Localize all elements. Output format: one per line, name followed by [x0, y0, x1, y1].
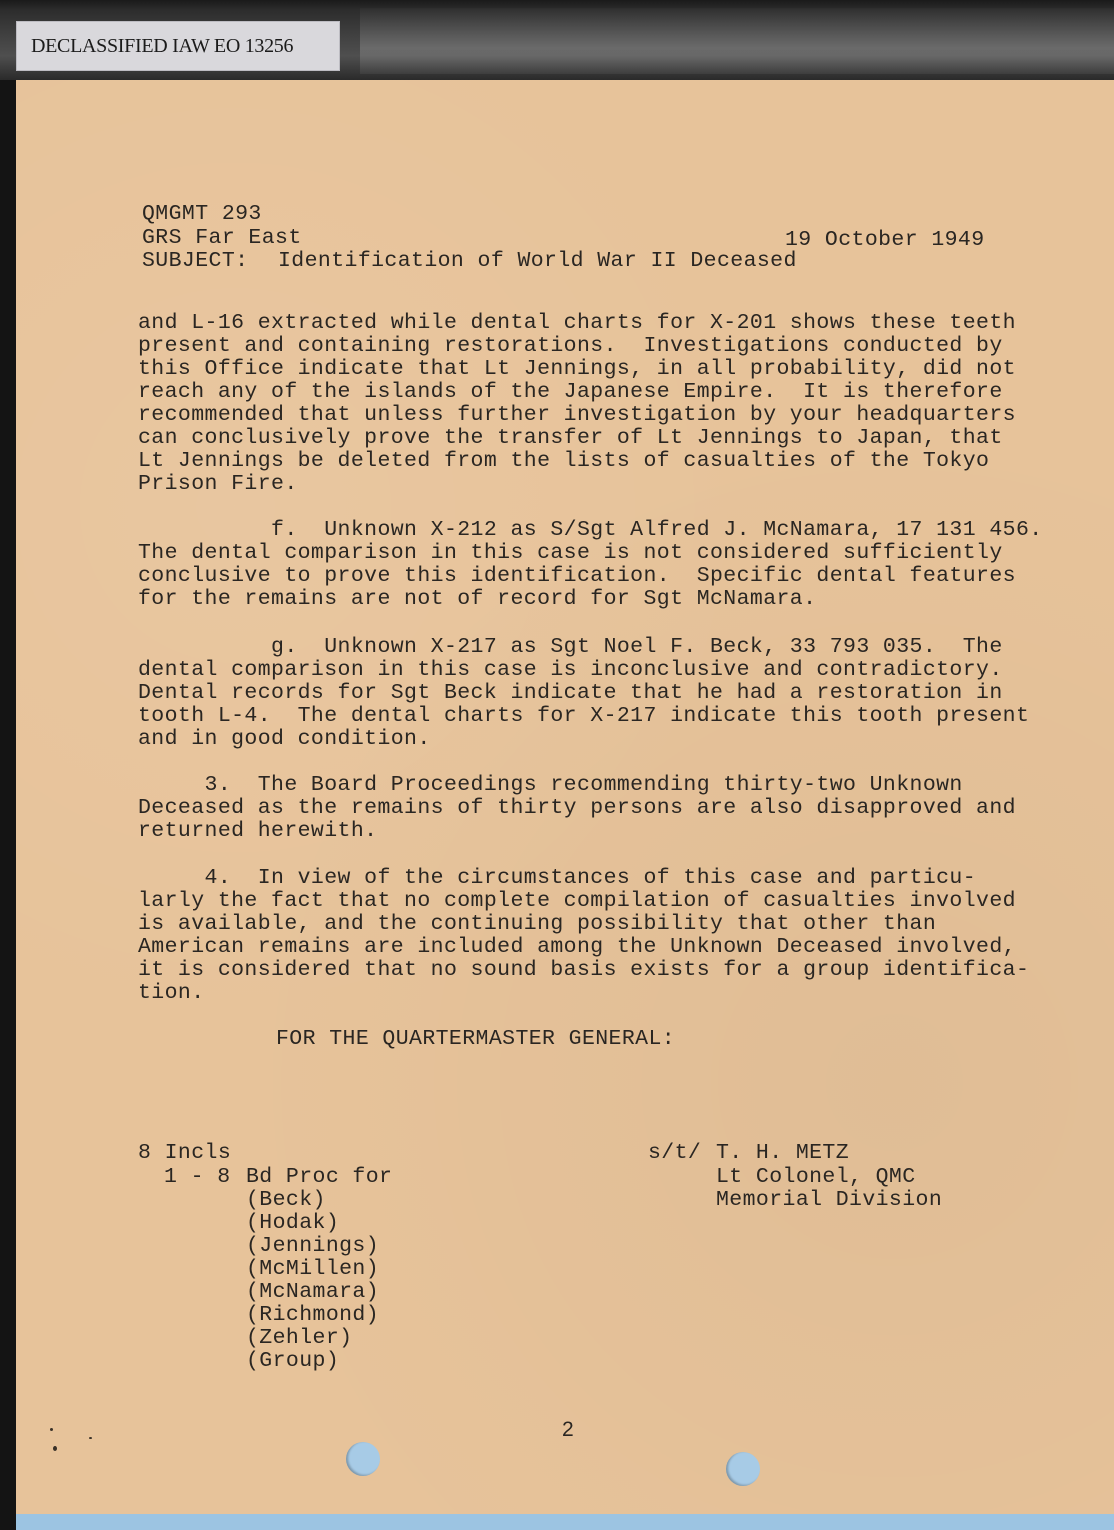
text-line: tion. — [138, 982, 205, 1005]
enclosure-item: (McMillen) — [246, 1258, 379, 1281]
punch-hole-right — [726, 1452, 760, 1486]
text-line: is available, and the continuing possibi… — [138, 913, 936, 936]
enclosure-item: (McNamara) — [246, 1281, 379, 1304]
document-date: 19 October 1949 — [785, 229, 985, 252]
text-line: returned herewith. — [138, 820, 377, 843]
paper-speck — [89, 1437, 92, 1439]
text-line: this Office indicate that Lt Jennings, i… — [138, 358, 1016, 381]
text-line: conclusive to prove this identification.… — [138, 565, 1016, 588]
page-number: 2 — [562, 1418, 574, 1442]
signer-name: T. H. METZ — [716, 1142, 849, 1165]
enclosure-item: (Zehler) — [246, 1327, 352, 1350]
scanner-edge — [0, 0, 16, 1530]
signer-division: Memorial Division — [716, 1189, 942, 1212]
text-line: larly the fact that no complete compilat… — [138, 890, 1016, 913]
enclosure-description: Bd Proc for — [246, 1166, 392, 1189]
text-line: Prison Fire. — [138, 473, 298, 496]
text-line: it is considered that no sound basis exi… — [138, 959, 1029, 982]
declassification-label: DECLASSIFIED IAW EO 13256 — [16, 21, 340, 71]
signer-rank: Lt Colonel, QMC — [716, 1166, 916, 1189]
enclosure-range: 1 - 8 — [164, 1166, 231, 1189]
text-line: 3. The Board Proceedings recommending th… — [138, 774, 963, 797]
text-line: Lt Jennings be deleted from the lists of… — [138, 450, 989, 473]
file-reference: QMGMT 293 — [142, 203, 262, 226]
enclosure-item: (Richmond) — [246, 1304, 379, 1327]
text-line: Dental records for Sgt Beck indicate tha… — [138, 682, 1003, 705]
text-line: and L-16 extracted while dental charts f… — [138, 312, 1016, 335]
text-line: present and containing restorations. Inv… — [138, 335, 1003, 358]
enclosure-item: (Hodak) — [246, 1212, 339, 1235]
text-line: The dental comparison in this case is no… — [138, 542, 1003, 565]
text-line: f. Unknown X-212 as S/Sgt Alfred J. McNa… — [138, 519, 1043, 542]
subject-label: SUBJECT: — [142, 250, 248, 273]
text-line: reach any of the islands of the Japanese… — [138, 381, 1003, 404]
text-line: Deceased as the remains of thirty person… — [138, 797, 1016, 820]
text-line: tooth L-4. The dental charts for X-217 i… — [138, 705, 1029, 728]
text-line: can conclusively prove the transfer of L… — [138, 427, 1003, 450]
paper-speck — [53, 1446, 57, 1451]
paper-speck — [50, 1428, 53, 1431]
punch-hole-left — [346, 1442, 380, 1476]
clip-sheen — [360, 8, 1114, 74]
text-line: 4. In view of the circumstances of this … — [138, 867, 976, 890]
signature-prefix: s/t/ — [648, 1142, 701, 1165]
text-line: g. Unknown X-217 as Sgt Noel F. Beck, 33… — [138, 636, 1003, 659]
text-line: dental comparison in this case is inconc… — [138, 659, 1003, 682]
enclosure-item: (Group) — [246, 1350, 339, 1373]
authority-line: FOR THE QUARTERMASTER GENERAL: — [276, 1028, 675, 1051]
enclosure-count: 8 Incls — [138, 1142, 231, 1165]
text-line: recommended that unless further investig… — [138, 404, 1016, 427]
text-line: for the remains are not of record for Sg… — [138, 588, 816, 611]
text-line: and in good condition. — [138, 728, 431, 751]
enclosure-item: (Jennings) — [246, 1235, 379, 1258]
addressee: GRS Far East — [142, 227, 302, 250]
subject-text: Identification of World War II Deceased — [278, 250, 797, 273]
enclosure-item: (Beck) — [246, 1189, 326, 1212]
text-line: American remains are included among the … — [138, 936, 1016, 959]
